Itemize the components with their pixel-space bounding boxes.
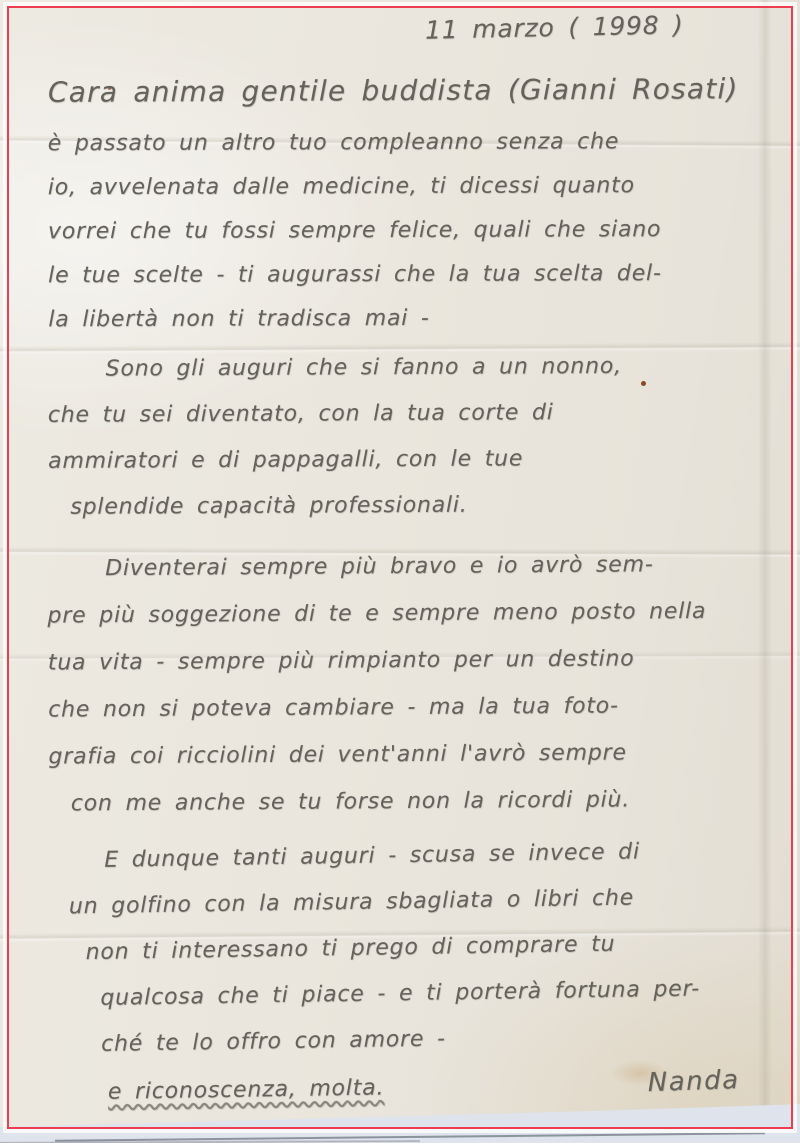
letter-line: grafia coi ricciolini dei vent'anni l'av… [48, 728, 776, 780]
letter-line: con me anche se tu forse non la ricordi … [49, 775, 777, 827]
letter-line: le tue scelte - ti augurassi che la tua … [48, 252, 776, 299]
letter-line: Diventerai sempre più bravo e io avrò se… [47, 540, 775, 592]
letter-line: tua vita - sempre più rimpianto per un d… [48, 634, 776, 686]
letter-paragraph: E dunque tanti auguri - scusa se invece … [46, 827, 778, 1114]
letter-line: la libertà non ti tradisca mai - [48, 296, 776, 343]
letter-line: è passato un altro tuo compleanno senza … [48, 120, 776, 167]
letter-paragraph: Diventerai sempre più bravo e io avrò se… [47, 540, 777, 827]
letter-salutation: Cara anima gentile buddista (Gianni Rosa… [48, 72, 776, 109]
letter-line: che tu sei diventato, con la tua corte d… [48, 389, 776, 439]
letter-paragraph: è passato un altro tuo compleanno senza … [48, 120, 777, 343]
letter-paragraph: Sono gli auguri che si fanno a un nonno,… [48, 343, 777, 531]
letter-line: ammiratori e di pappagalli, con le tue [48, 435, 776, 485]
scanned-handwritten-letter: 11 marzo ( 1998 ) Cara anima gentile bud… [0, 0, 800, 1143]
letter-date: 11 marzo ( 1998 ) [425, 10, 684, 44]
letter-line: splendide capacità professionali. [48, 481, 776, 531]
letter-line: Sono gli auguri che si fanno a un nonno, [48, 343, 776, 393]
letter-line: vorrei che tu fossi sempre felice, quali… [48, 208, 776, 255]
letter-line: che non si poteva cambiare - ma la tua f… [48, 681, 776, 733]
letter-paper: 11 marzo ( 1998 ) Cara anima gentile bud… [0, 0, 800, 1143]
letter-body: Cara anima gentile buddista (Gianni Rosa… [48, 74, 776, 1109]
letter-line: pre più soggezione di te e sempre meno p… [47, 587, 775, 639]
letter-signature: Nanda [647, 1057, 740, 1106]
letter-line: io, avvelenata dalle medicine, ti dicess… [48, 164, 776, 211]
letter-closing: e riconoscenza, molta. [50, 1065, 385, 1116]
